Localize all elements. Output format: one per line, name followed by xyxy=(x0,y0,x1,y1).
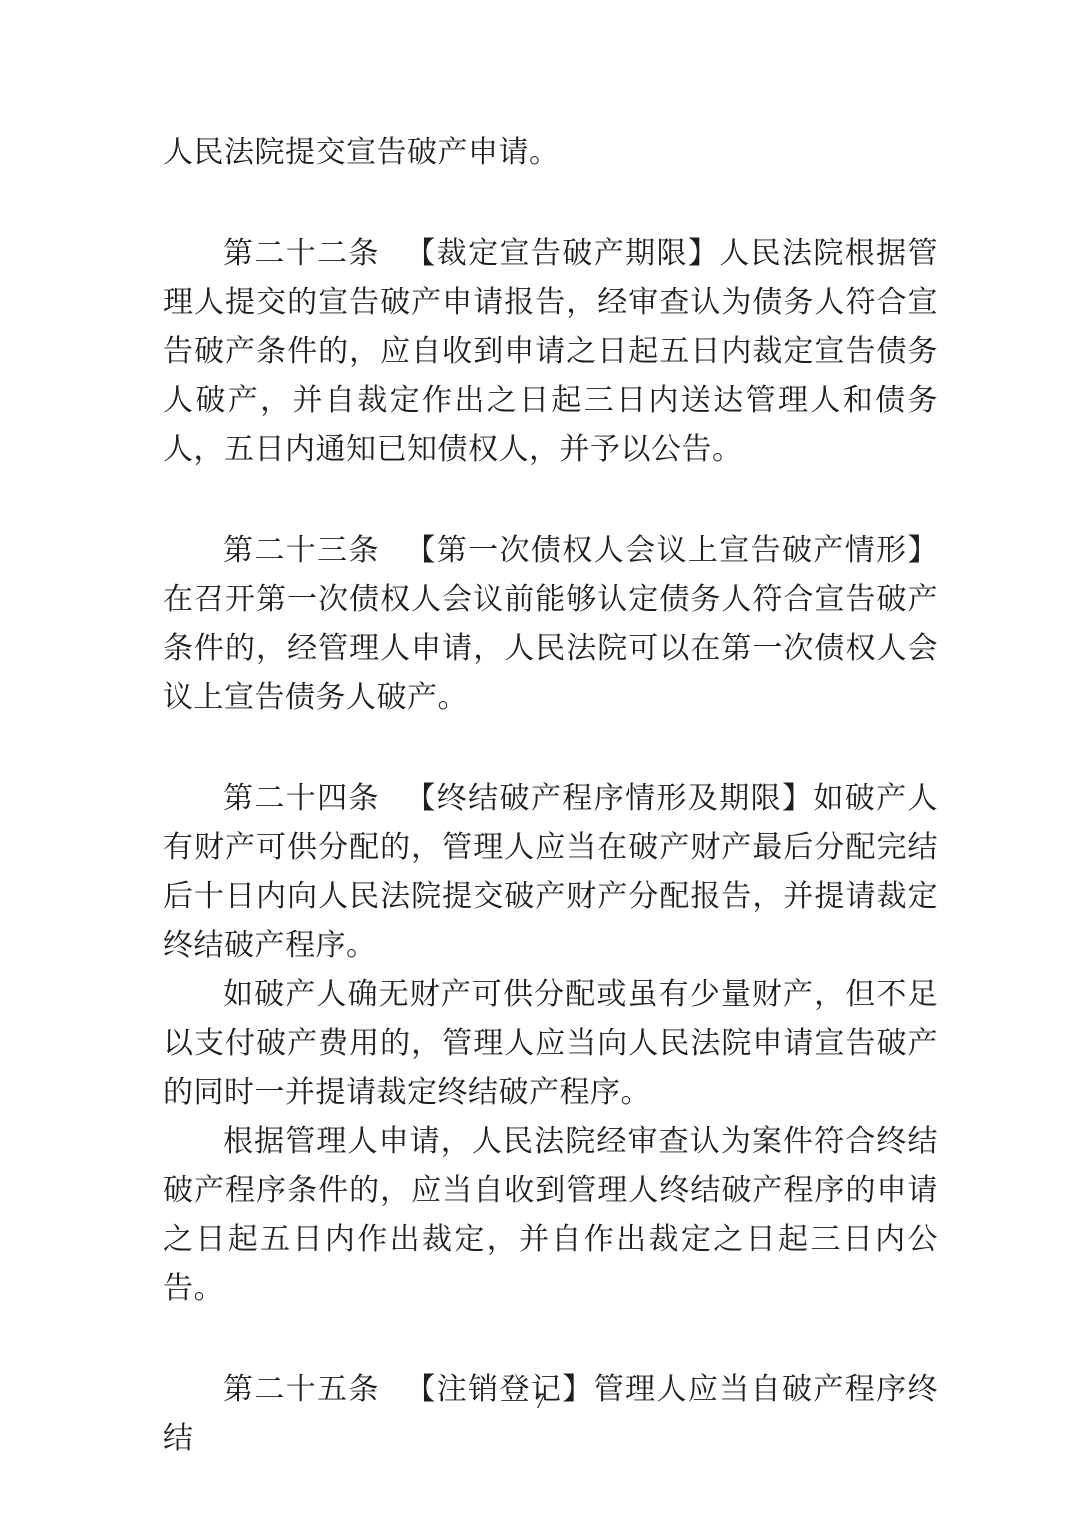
article-title: 【第一次债权人会议上宣告破产情形】 xyxy=(405,534,938,567)
article-number: 第二十二条 xyxy=(223,237,380,270)
document-page: 人民法院提交宣告破产申请。第二十二条【裁定宣告破产期限】人民法院根据管理人提交的… xyxy=(0,0,1080,1527)
article-title: 【终结破产程序情形及期限】 xyxy=(405,782,813,815)
document-body: 人民法院提交宣告破产申请。第二十二条【裁定宣告破产期限】人民法院根据管理人提交的… xyxy=(163,128,938,1463)
text-paragraph: 人民法院提交宣告破产申请。 xyxy=(163,128,938,177)
article-number: 第二十四条 xyxy=(223,782,380,815)
text-paragraph: 根据管理人申请，人民法院经审查认为案件符合终结破产程序条件的，应当自收到管理人终… xyxy=(163,1117,938,1313)
article-number: 第二十三条 xyxy=(223,534,380,567)
article-text: 在召开第一次债权人会议前能够认定债务人符合宣告破产条件的，经管理人申请，人民法院… xyxy=(163,583,938,714)
article-paragraph: 第二十三条【第一次债权人会议上宣告破产情形】在召开第一次债权人会议前能够认定债务… xyxy=(163,526,938,722)
page-footer: 7 xyxy=(0,1386,1080,1416)
article-paragraph: 第二十二条【裁定宣告破产期限】人民法院根据管理人提交的宣告破产申请报告，经审查认… xyxy=(163,229,938,474)
article-text: 人民法院根据管理人提交的宣告破产申请报告，经审查认为债务人符合宣告破产条件的，应… xyxy=(163,237,938,466)
article-title: 【裁定宣告破产期限】 xyxy=(405,237,719,270)
article-paragraph: 第二十四条【终结破产程序情形及期限】如破产人有财产可供分配的，管理人应当在破产财… xyxy=(163,774,938,970)
page-number: 7 xyxy=(535,1388,546,1413)
text-paragraph: 如破产人确无财产可供分配或虽有少量财产，但不足以支付破产费用的，管理人应当向人民… xyxy=(163,970,938,1117)
